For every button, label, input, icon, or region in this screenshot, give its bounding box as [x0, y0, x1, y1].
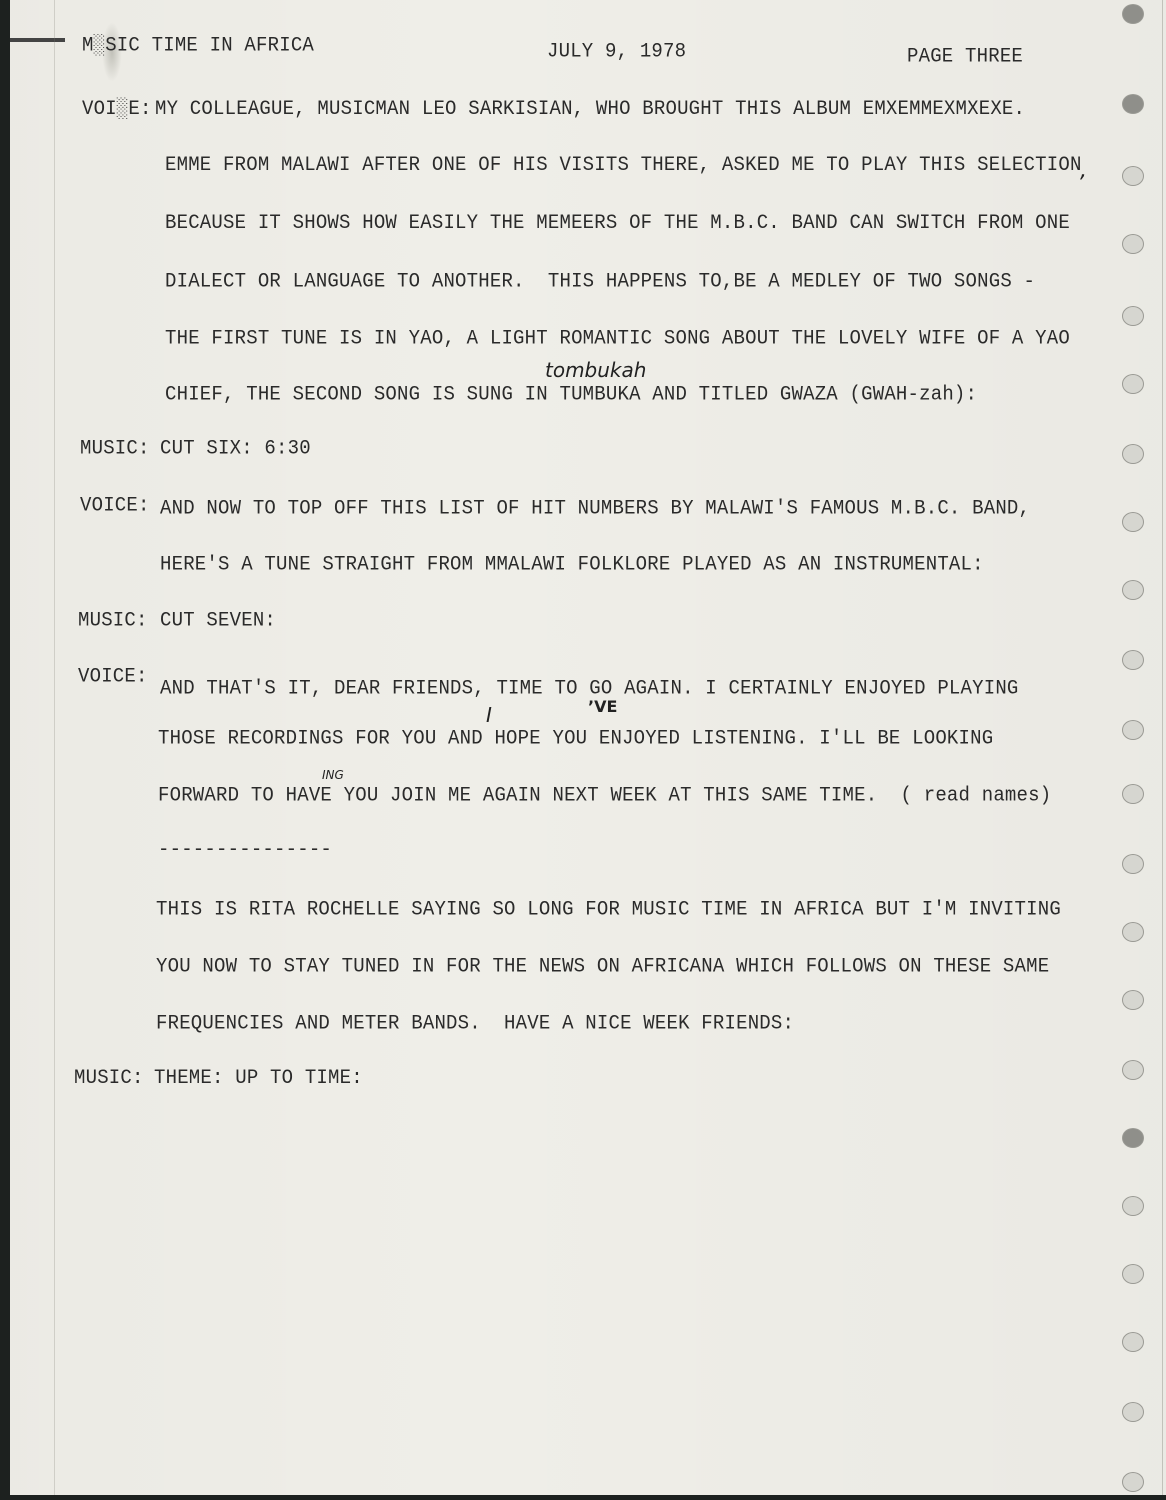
- script-line: CUT SEVEN:: [160, 608, 276, 631]
- cue-label-voice: VOICE:: [80, 493, 150, 516]
- script-line: DIALECT OR LANGUAGE TO ANOTHER. THIS HAP…: [165, 269, 1035, 292]
- tractor-hole: [1122, 4, 1144, 24]
- script-line: THIS IS RITA ROCHELLE SAYING SO LONG FOR…: [156, 897, 1061, 920]
- script-line: FORWARD TO HAVE YOU JOIN ME AGAIN NEXT W…: [158, 783, 1051, 806]
- tractor-hole: [1122, 1402, 1144, 1422]
- tractor-hole: [1122, 234, 1144, 254]
- page-number: PAGE THREE: [907, 44, 1023, 67]
- script-line: THEME: UP TO TIME:: [154, 1066, 363, 1089]
- tractor-hole: [1122, 720, 1144, 740]
- tractor-hole: [1122, 650, 1144, 670]
- tractor-hole: [1122, 580, 1144, 600]
- handwritten-comma: ,: [1080, 158, 1087, 183]
- cue-label-voice: VOICE:: [78, 664, 148, 687]
- script-line: THE FIRST TUNE IS IN YAO, A LIGHT ROMANT…: [165, 326, 1070, 349]
- handwritten-note-tombukah: tombukah: [545, 358, 646, 382]
- cue-label-music: MUSIC:: [80, 436, 150, 459]
- script-line: EMME FROM MALAWI AFTER ONE OF HIS VISITS…: [165, 153, 1082, 176]
- separator-dashes: ---------------: [158, 837, 332, 860]
- cue-label-music: MUSIC:: [78, 608, 148, 631]
- handwritten-insert-ing: ING: [322, 768, 344, 782]
- cue-label-music: MUSIC:: [74, 1066, 144, 1089]
- fold-line: [54, 0, 55, 1495]
- script-line: BECAUSE IT SHOWS HOW EASILY THE MEMEERS …: [165, 211, 1070, 234]
- handwritten-insert-i: I: [486, 703, 492, 727]
- tractor-hole: [1122, 306, 1144, 326]
- handwritten-insert-ve: ’VE: [588, 697, 617, 716]
- tractor-hole: [1122, 990, 1144, 1010]
- tractor-hole: [1122, 1264, 1144, 1284]
- tractor-hole: [1122, 374, 1144, 394]
- script-line: CHIEF, THE SECOND SONG IS SUNG IN TUMBUK…: [165, 382, 977, 405]
- tractor-hole: [1122, 1196, 1144, 1216]
- tractor-feed-edge: [1162, 0, 1163, 1495]
- margin-mark: [10, 38, 65, 42]
- typewritten-page: M░SIC TIME IN AFRICA JULY 9, 1978 PAGE T…: [10, 0, 1166, 1495]
- script-line: FREQUENCIES AND METER BANDS. HAVE A NICE…: [156, 1011, 794, 1034]
- tractor-hole: [1122, 922, 1144, 942]
- script-line: YOU NOW TO STAY TUNED IN FOR THE NEWS ON…: [156, 954, 1049, 977]
- tractor-hole: [1122, 94, 1144, 114]
- cue-label-voice: VOI░E:: [82, 97, 152, 120]
- tractor-hole: [1122, 1060, 1144, 1080]
- broadcast-date: JULY 9, 1978: [547, 39, 686, 62]
- script-line: CUT SIX: 6:30: [160, 436, 311, 459]
- tractor-hole: [1122, 1128, 1144, 1148]
- script-line: THOSE RECORDINGS FOR YOU AND HOPE YOU EN…: [158, 726, 993, 749]
- script-line: AND NOW TO TOP OFF THIS LIST OF HIT NUMB…: [160, 496, 1030, 519]
- tractor-hole: [1122, 854, 1144, 874]
- tractor-hole: [1122, 784, 1144, 804]
- program-title: M░SIC TIME IN AFRICA: [82, 33, 314, 56]
- tractor-hole: [1122, 166, 1144, 186]
- tractor-hole: [1122, 512, 1144, 532]
- script-line: MY COLLEAGUE, MUSICMAN LEO SARKISIAN, WH…: [155, 97, 1025, 120]
- tractor-hole: [1122, 444, 1144, 464]
- script-line: HERE'S A TUNE STRAIGHT FROM MMALAWI FOLK…: [160, 552, 984, 575]
- tractor-hole: [1122, 1332, 1144, 1352]
- tractor-hole: [1122, 1472, 1144, 1492]
